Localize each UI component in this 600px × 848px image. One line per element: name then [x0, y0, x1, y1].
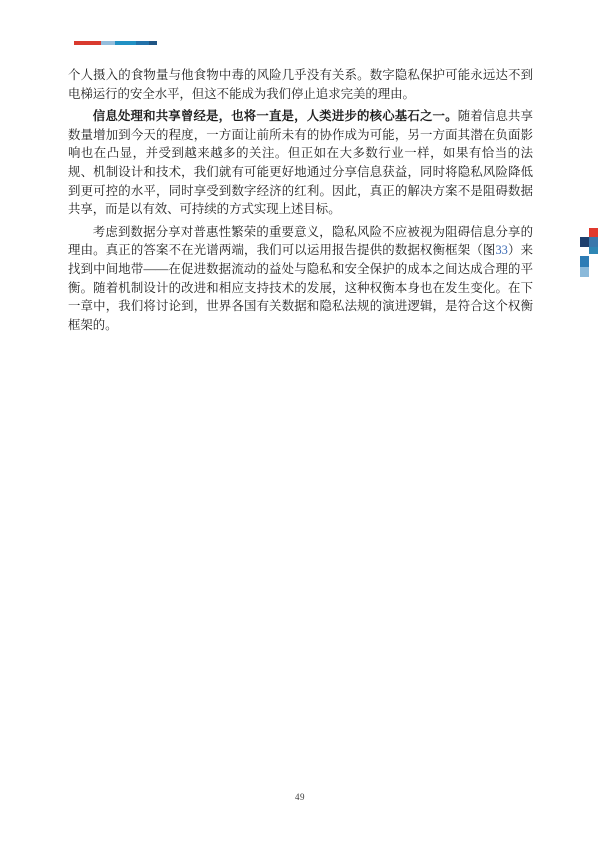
brand-bar-segment	[149, 41, 157, 45]
text-run: 随着信息共享数量增加到今天的程度，一方面让前所未有的协作成为可能，另一方面其潜在…	[68, 109, 533, 216]
pixel-motif-square	[589, 228, 598, 237]
pixel-motif-square	[580, 237, 589, 247]
pixel-motif-square	[580, 267, 589, 277]
bold-text-run: 信息处理和共享曾经是，也将一直是，人类进步的核心基石之一。	[93, 109, 458, 123]
paragraph: 个人摄入的食物量与他食物中毒的风险几乎没有关系。数字隐私保护可能永远达不到电梯运…	[68, 66, 533, 103]
paragraph: 信息处理和共享曾经是，也将一直是，人类进步的核心基石之一。随着信息共享数量增加到…	[68, 107, 533, 219]
pixel-motif-square	[589, 247, 598, 254]
brand-bar-segment	[115, 41, 136, 45]
pixel-motif-square	[580, 256, 589, 267]
page-number: 49	[0, 792, 600, 802]
figure-reference-link[interactable]: 33	[495, 243, 507, 257]
brand-bar-segment	[101, 41, 115, 45]
text-run: 个人摄入的食物量与他食物中毒的风险几乎没有关系。数字隐私保护可能永远达不到电梯运…	[68, 68, 533, 101]
text-run: 考虑到数据分享对普惠性繁荣的重要意义，隐私风险不应被视为阻碍信息分享的理由。真正…	[68, 225, 533, 258]
brand-bar-segment	[74, 41, 101, 45]
document-page: 个人摄入的食物量与他食物中毒的风险几乎没有关系。数字隐私保护可能永远达不到电梯运…	[0, 0, 600, 848]
body-text: 个人摄入的食物量与他食物中毒的风险几乎没有关系。数字隐私保护可能永远达不到电梯运…	[68, 66, 533, 334]
brand-bar-segment	[136, 41, 149, 45]
paragraph: 考虑到数据分享对普惠性繁荣的重要意义，隐私风险不应被视为阻碍信息分享的理由。真正…	[68, 223, 533, 335]
pixel-motif-square	[589, 237, 598, 247]
brand-bar	[74, 41, 157, 45]
